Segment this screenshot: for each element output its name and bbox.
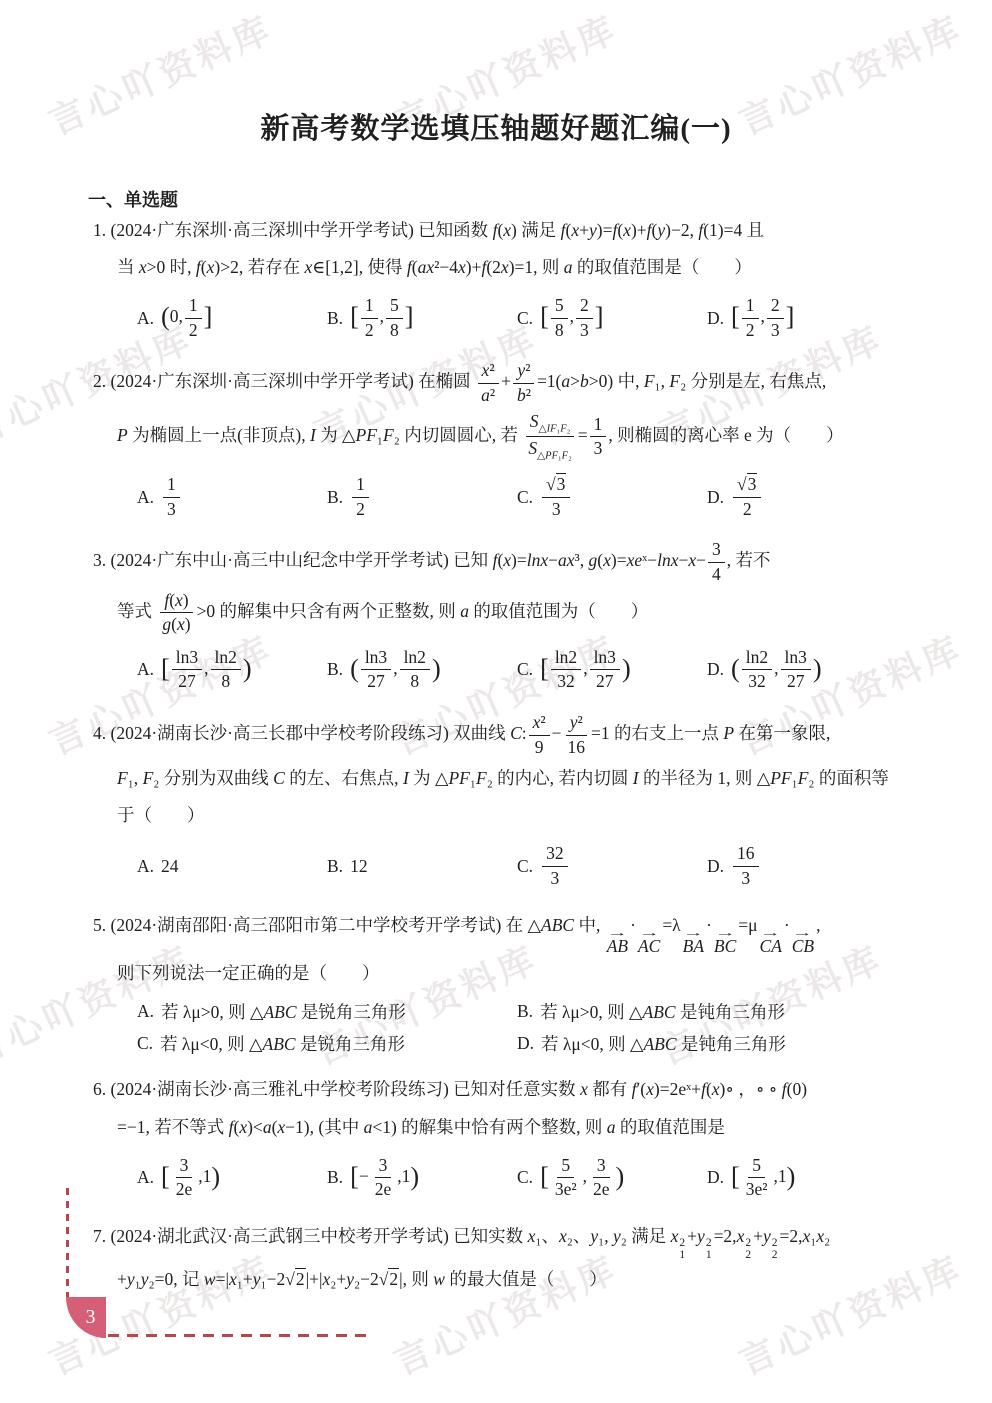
problem-number: 3. [93,550,111,570]
option-a: A.若 λμ>0, 则 △ABC 是锐角三角形 [137,999,517,1024]
option-c: C.若 λμ<0, 则 △ABC 是锐角三角形 [137,1031,517,1056]
problem-number: 1. [93,220,111,240]
problem-3-line-1: 3. (2024·广东中山·高三中山纪念中学开学考试) 已知 f(x)=lnx−… [117,537,915,587]
options-row: A.若 λμ>0, 则 △ABC 是锐角三角形B.若 λμ>0, 则 △ABC … [117,999,915,1024]
problem-number: 7. [93,1226,111,1246]
option-a: A.13 [137,472,327,522]
problem-2-line-2: P 为椭圆上一点(非顶点), I 为 △PF₁F₂ 内切圆圆心, 若 S△IF₁… [117,409,915,465]
problem-number: 4. [93,723,111,743]
option-c: C.[ln232,ln327) [517,645,707,695]
problem-item-6: 6. (2024·湖南长沙·高三雅礼中学校考阶段练习) 已知对任意实数 x 都有… [93,1071,915,1202]
problem-2-line-1: 2. (2024·广东深圳·高三深圳中学开学考试) 在椭圆 x²a²+y²b²=… [117,358,915,408]
problem-item-1: 1. (2024·广东深圳·高三深圳中学开学考试) 已知函数 f(x) 满足 f… [93,212,915,343]
option-a: A.(0,12] [137,293,327,343]
vector-arrow: →AB [607,929,628,956]
option-d: D.(ln232,ln327) [707,645,897,695]
vector-arrow: →BA [683,929,704,956]
vector-arrow: →AC [638,929,660,956]
problem-number: 6. [93,1079,111,1099]
problem-list: 1. (2024·广东深圳·高三深圳中学开学考试) 已知函数 f(x) 满足 f… [93,212,915,1313]
option-c: C.√33 [517,472,707,522]
option-c: C.323 [517,841,707,891]
option-c: C.[58,23] [517,293,707,343]
option-b: B.(ln327,ln28) [327,645,517,695]
option-b: B.若 λμ>0, 则 △ABC 是钝角三角形 [517,999,897,1024]
problem-3-line-2: 等式 f(x)g(x)>0 的解集中只含有两个正整数, 则 a 的取值范围为（ … [117,588,915,638]
problem-5-line-1: 5. (2024·湖南邵阳·高三邵阳市第二中学校考开学考试) 在 △ABC 中,… [117,907,915,956]
option-d: D.√32 [707,472,897,522]
problem-1-line-1: 1. (2024·广东深圳·高三深圳中学开学考试) 已知函数 f(x) 满足 f… [117,212,915,249]
problem-1-line-2: 当 x>0 时, f(x)>2, 若存在 x∈[1,2], 使得 f(ax²−4… [117,249,915,286]
corner-horizontal-dashes [108,1334,370,1337]
option-b: B.[−32e,1) [327,1153,517,1203]
problem-7-line-2: +y₁y₂=0, 记 w=|x₁+y₁−2√2|+|x₂+y₂−2√2|, 则 … [117,1261,915,1298]
option-d: D.若 λμ<0, 则 △ABC 是钝角三角形 [517,1031,897,1056]
problem-7-line-1: 7. (2024·湖北武汉·高三武钢三中校考开学考试) 已知实数 x₁、x₂、y… [117,1218,915,1261]
option-a: A.[32e,1) [137,1153,327,1203]
problem-item-7: 7. (2024·湖北武汉·高三武钢三中校考开学考试) 已知实数 x₁、x₂、y… [93,1218,915,1298]
options-row: A.(0,12]B.[12,58]C.[58,23]D.[12,23] [117,293,915,343]
options-row: A.24B.12C.323D.163 [117,841,915,891]
option-d: D.[12,23] [707,293,897,343]
options-row: A.[32e,1)B.[−32e,1)C.[53e²,32e)D.[53e²,1… [117,1153,915,1203]
vector-arrow: →BC [714,929,736,956]
problem-item-5: 5. (2024·湖南邵阳·高三邵阳市第二中学校考开学考试) 在 △ABC 中,… [93,907,915,1057]
option-a: A.[ln327,ln28) [137,645,327,695]
option-a: A.24 [137,856,327,877]
vector-arrow: →CA [760,929,782,956]
page-number-badge: 3 [66,1297,106,1338]
option-b: B.[12,58] [327,293,517,343]
option-b: B.12 [327,472,517,522]
problem-5-line-2: 则下列说法一定正确的是（ ） [117,955,915,992]
problem-4-line-2: F₁, F₂ 分别为双曲线 C 的左、右焦点, I 为 △PF₁F₂ 的内心, … [117,760,915,797]
option-d: D.[53e²,1) [707,1153,897,1203]
option-d: D.163 [707,841,897,891]
options-row: C.若 λμ<0, 则 △ABC 是锐角三角形D.若 λμ<0, 则 △ABC … [117,1031,915,1056]
problem-4-line-1: 4. (2024·湖南长沙·高三长郡中学校考阶段练习) 双曲线 C:x²9−y²… [117,710,915,760]
document-page: 言心吖资料库言心吖资料库言心吖资料库言心吖资料库言心吖资料库言心吖资料库言心吖资… [0,0,992,1403]
section-heading: 一、单选题 [88,186,178,212]
problem-6-line-1: 6. (2024·湖南长沙·高三雅礼中学校考阶段练习) 已知对任意实数 x 都有… [117,1071,915,1108]
problem-number: 5. [93,915,111,935]
problem-item-3: 3. (2024·广东中山·高三中山纪念中学开学考试) 已知 f(x)=lnx−… [93,537,915,695]
page-title: 新高考数学选填压轴题好题汇编(一) [0,106,992,147]
problem-number: 2. [93,372,111,392]
corner-vertical-dashes [66,1188,69,1297]
option-b: B.12 [327,856,517,877]
options-row: A.[ln327,ln28)B.(ln327,ln28)C.[ln232,ln3… [117,645,915,695]
vector-arrow: →CB [792,929,814,956]
options-row: A.13B.12C.√33D.√32 [117,472,915,522]
problem-4-line-3: 于（ ） [117,797,915,834]
problem-item-2: 2. (2024·广东深圳·高三深圳中学开学考试) 在椭圆 x²a²+y²b²=… [93,358,915,522]
option-c: C.[53e²,32e) [517,1153,707,1203]
problem-6-line-2: =−1, 若不等式 f(x)<a(x−1), (其中 a<1) 的解集中恰有两个… [117,1109,915,1146]
problem-item-4: 4. (2024·湖南长沙·高三长郡中学校考阶段练习) 双曲线 C:x²9−y²… [93,710,915,892]
